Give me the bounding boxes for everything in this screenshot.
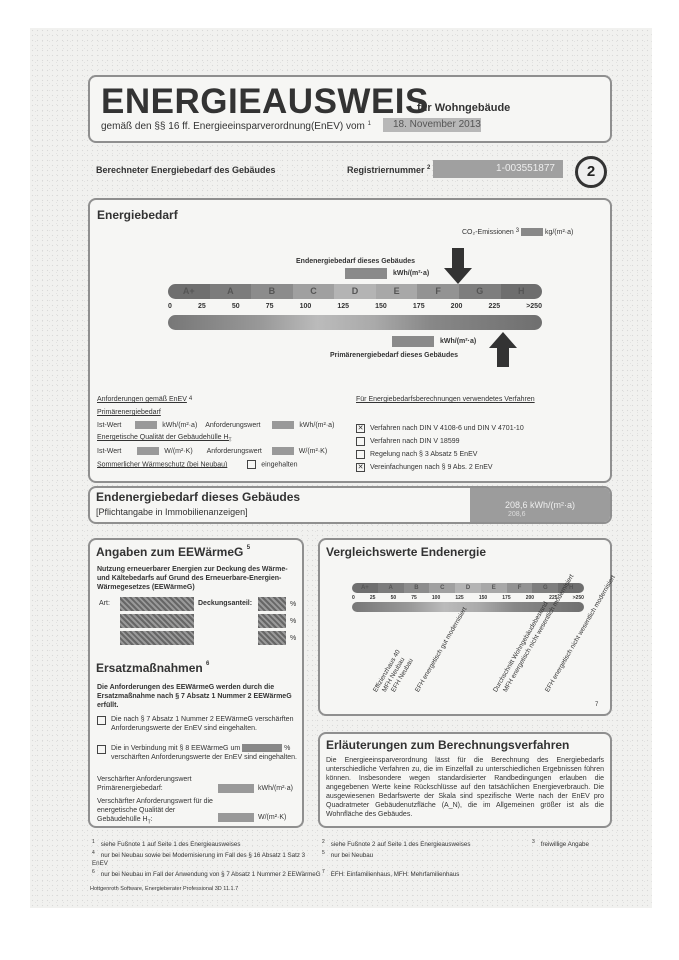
document-subtitle: für Wohngebäude — [417, 102, 510, 114]
tick-label: 125 — [337, 303, 349, 310]
tick-label: 75 — [266, 303, 274, 310]
eewaermeg-title: Angaben zum EEWärmeG 5 — [96, 545, 250, 559]
footnote-ref: 7 — [595, 702, 598, 708]
energy-class-aplus: A+ — [352, 583, 378, 593]
ersatz-primaer-unit: kWh/(m²·a) — [258, 785, 293, 792]
footnote-number: 4 — [92, 850, 95, 856]
anforderung-label: Anforderungswert — [205, 422, 260, 429]
verfahren-item: ✕Vereinfachungen nach § 9 Abs. 2 EnEV — [356, 461, 524, 474]
tick-label: 125 — [455, 595, 463, 601]
verfahren-list: ✕Verfahren nach DIN V 4108-6 und DIN V 4… — [356, 422, 524, 474]
primaer-value-field — [392, 336, 434, 347]
art-label: Art: — [99, 600, 110, 607]
comparison-class-scale: A+ABCDEFGH — [352, 583, 584, 593]
endenergie-box-value-small: 208,6 — [508, 511, 526, 518]
ersatz-option-1-label: Die nach § 7 Absatz 1 Nummer 2 EEWärmeG … — [111, 715, 297, 733]
footnotes: 1siehe Fußnote 1 auf Seite 1 des Energie… — [92, 838, 612, 879]
tick-label: 50 — [391, 595, 397, 601]
tick-label: 150 — [479, 595, 487, 601]
tick-label: 25 — [370, 595, 376, 601]
energy-class-b: B — [251, 284, 293, 299]
document-title: ENERGIEAUSWEIS — [101, 82, 429, 122]
software-credit: Hottgenroth Software, Energieberater Pro… — [90, 886, 238, 892]
energy-class-g: G — [459, 284, 501, 299]
verfahren-checkbox[interactable] — [356, 437, 365, 446]
footnote-number: 2 — [322, 839, 325, 845]
tick-label: 0 — [168, 303, 172, 310]
endenergie-arrow-icon — [452, 248, 464, 270]
footnote-text: freiwillige Angabe — [541, 841, 589, 848]
footnote-number: 3 — [532, 839, 535, 845]
verfahren-item: ✕Verfahren nach DIN V 4108-6 und DIN V 4… — [356, 422, 524, 435]
footnote: 7EFH: Einfamilienhaus, MFH: Mehrfamilien… — [322, 868, 532, 879]
verfahren-checkbox[interactable]: ✕ — [356, 424, 365, 433]
footnote-number: 1 — [92, 839, 95, 845]
eewaermeg-title-text: Angaben zum EEWärmeG — [96, 545, 243, 559]
verfahren-item: Verfahren nach DIN V 18599 — [356, 435, 524, 448]
ersatz-option-2-checkbox[interactable] — [97, 745, 106, 754]
tick-label: 100 — [432, 595, 440, 601]
ersatz-huelle-field — [218, 813, 254, 822]
footnote: 4nur bei Neubau sowie bei Modernisierung… — [92, 849, 322, 868]
eingehalten-label: eingehalten — [261, 461, 297, 468]
huelle-heading: Energetische Qualität der Gebäudehülle H… — [97, 434, 232, 443]
huelle-heading-text: Energetische Qualität der Gebäudehülle H — [97, 434, 229, 441]
footnote-text: siehe Fußnote 1 auf Seite 1 des Energiea… — [101, 841, 241, 848]
footnote-ref: 6 — [206, 661, 209, 667]
vergleich-box — [318, 538, 612, 716]
subscript: T — [229, 437, 232, 443]
tick-label: 100 — [300, 303, 312, 310]
footnote-number: 7 — [322, 869, 325, 875]
ersatz-huelle-label-text: Verschärfter Anforderungswert für die en… — [97, 798, 213, 823]
footnote-text: nur bei Neubau — [331, 852, 373, 859]
arrow-up-icon — [489, 332, 517, 348]
anforderung-field — [272, 447, 294, 455]
verfahren-label: Verfahren nach DIN V 18599 — [370, 438, 460, 445]
percent-1: % — [290, 601, 296, 608]
huelle-row: Ist-Wert W/(m²·K) Anforderungswert W/(m²… — [97, 447, 347, 455]
tick-label: 200 — [451, 303, 463, 310]
tick-label: 200 — [526, 595, 534, 601]
tick-label: 0 — [352, 595, 355, 601]
footnote-ref: 2 — [427, 165, 430, 171]
verfahren-checkbox[interactable]: ✕ — [356, 463, 365, 472]
primaer-unit: kWh/(m²·a) — [440, 338, 476, 345]
istwert-field — [137, 447, 159, 455]
percent-3: % — [290, 635, 296, 642]
verfahren-label: Verfahren nach DIN V 4108-6 und DIN V 47… — [370, 425, 524, 432]
tick-label: >250 — [526, 303, 542, 310]
ersatz-huelle-unit: W/(m²·K) — [258, 814, 286, 821]
endenergie-box-title: Endenergiebedarf dieses Gebäudes — [96, 490, 300, 504]
footnote-ref: 3 — [516, 228, 519, 234]
ersatz-intro: Die Anforderungen des EEWärmeG werden du… — [97, 683, 297, 710]
energy-class-a: A — [378, 583, 404, 593]
registry-label-text: Registriernummer — [347, 165, 425, 175]
anforderung-label: Anforderungswert — [207, 448, 262, 455]
istwert-field — [135, 421, 157, 429]
energy-class-d: D — [455, 583, 481, 593]
footnote-ref: 1 — [368, 121, 371, 127]
footnote: 5nur bei Neubau — [322, 849, 532, 868]
endenergie-unit: kWh/(m²·a) — [393, 270, 429, 277]
ersatz-title-text: Ersatzmaßnahmen — [96, 661, 203, 675]
energy-class-aplus: A+ — [168, 284, 210, 299]
page-number-badge: 2 — [575, 156, 607, 188]
anforderungen-title: Anforderungen gemäß EnEV 4 — [97, 396, 192, 403]
ersatz-option-1: Die nach § 7 Absatz 1 Nummer 2 EEWärmeG … — [97, 715, 297, 733]
tick-label: 25 — [198, 303, 206, 310]
anforderungen-title-text: Anforderungen gemäß EnEV — [97, 396, 187, 403]
ersatz-percent-field — [242, 744, 282, 752]
deckung-field-2 — [258, 614, 286, 628]
footnote-ref: 4 — [189, 396, 192, 402]
tick-label: 225 — [488, 303, 500, 310]
footnote-text: EFH: Einfamilienhaus, MFH: Mehrfamilienh… — [331, 871, 460, 878]
footnote — [532, 849, 612, 868]
energy-class-e: E — [481, 583, 507, 593]
footnote — [532, 868, 612, 879]
vergleich-title: Vergleichswerte Endenergie — [326, 545, 486, 559]
istwert-label: Ist-Wert — [97, 422, 121, 429]
footnote-number: 5 — [322, 850, 325, 856]
legal-basis-text: gemäß den §§ 16 ff. Energieeinsparverord… — [101, 121, 365, 132]
art-field-1 — [120, 597, 194, 611]
footnote-text: nur bei Neubau sowie bei Modernisierung … — [92, 852, 305, 867]
ersatz-primaer-field — [218, 784, 254, 793]
unit: kWh/(m²·a) — [162, 422, 197, 429]
ersatz-huelle-label: Verschärfter Anforderungswert für die en… — [97, 797, 217, 827]
registry-number: 1-003551877 — [433, 160, 563, 178]
art-field-3 — [120, 631, 194, 645]
verfahren-checkbox[interactable] — [356, 450, 365, 459]
sommer-row: Sommerlicher Wärmeschutz (bei Neubau) ei… — [97, 460, 297, 469]
unit: W/(m²·K) — [164, 448, 192, 455]
verfahren-title: Für Energiebedarfsberechnungen verwendet… — [356, 396, 535, 403]
erlaeuterungen-title: Erläuterungen zum Berechnungsverfahren — [326, 738, 569, 752]
percent-2: % — [290, 618, 296, 625]
tick-label: 175 — [413, 303, 425, 310]
endenergie-box-subtitle: [Pflichtangabe in Immobilienanzeigen] — [96, 507, 248, 517]
unit: W/(m²·K) — [299, 448, 327, 455]
deckung-field-3 — [258, 631, 286, 645]
primaer-scale-label: Primärenergiebedarf dieses Gebäudes — [330, 352, 458, 359]
deckung-field-1 — [258, 597, 286, 611]
section-label: Berechneter Energiebedarf des Gebäudes — [96, 165, 276, 175]
co2-value-field — [521, 228, 543, 236]
primaer-row: Ist-Wert kWh/(m²·a) Anforderungswert kWh… — [97, 421, 347, 429]
legal-basis: gemäß den §§ 16 ff. Energieeinsparverord… — [101, 121, 371, 132]
energy-class-h: H — [501, 284, 543, 299]
eewaermeg-intro: Nutzung erneuerbarer Energien zur Deckun… — [97, 565, 297, 592]
energy-class-g: G — [532, 583, 558, 593]
registry-label: Registriernummer 2 — [347, 165, 430, 175]
footnote: 1siehe Fußnote 1 auf Seite 1 des Energie… — [92, 838, 322, 849]
ersatz-title: Ersatzmaßnahmen 6 — [96, 661, 209, 675]
footnote: 3freiwillige Angabe — [532, 838, 612, 849]
tick-label: 50 — [232, 303, 240, 310]
erlaeuterungen-text: Die Energieeinsparverordnung lässt für d… — [326, 756, 604, 819]
eingehalten-checkbox[interactable] — [247, 460, 256, 469]
tick-label: 75 — [411, 595, 417, 601]
deckung-label: Deckungsanteil: — [198, 600, 252, 607]
energy-class-scale: A+ABCDEFGH — [168, 284, 542, 299]
subscript: T — [148, 819, 151, 825]
endenergie-box-value: 208,6 kWh/(m²·a) — [505, 500, 575, 510]
co2-emissions: CO₂-Emissionen 3 kg/(m²·a) — [462, 228, 573, 236]
energiebedarf-title: Energiebedarf — [97, 208, 178, 222]
ersatz-primaer-label: Verschärfter Anforderungswert Primärener… — [97, 775, 217, 793]
energy-class-b: B — [404, 583, 430, 593]
issue-date: 18. November 2013 — [383, 118, 481, 132]
scale-ticks: 0255075100125150175200225>250 — [168, 303, 542, 310]
tick-label: 175 — [502, 595, 510, 601]
energy-class-c: C — [293, 284, 335, 299]
comparison-ticks: 0255075100125150175200225>250 — [352, 595, 584, 601]
ersatz-option-2-label-b: verschärften Anforderungswerte der EnEV … — [111, 754, 297, 761]
endenergie-scale-label: Endenergiebedarf dieses Gebäudes — [296, 258, 415, 265]
ersatz-option-2-label-a: Die in Verbindung mit § 8 EEWärmeG um — [111, 745, 240, 752]
footnote: 6nur bei Neubau im Fall der Anwendung vo… — [92, 868, 322, 879]
tick-label: 150 — [375, 303, 387, 310]
verfahren-item: Regelung nach § 3 Absatz 5 EnEV — [356, 448, 524, 461]
ersatz-option-2: Die in Verbindung mit § 8 EEWärmeG um % … — [97, 744, 297, 762]
footnote-number: 6 — [92, 869, 95, 875]
energy-class-f: F — [417, 284, 459, 299]
verfahren-label: Regelung nach § 3 Absatz 5 EnEV — [370, 451, 477, 458]
energy-class-a: A — [210, 284, 252, 299]
tick-label: >250 — [573, 595, 584, 601]
arrow-down-icon — [444, 268, 472, 284]
endenergie-value-field — [345, 268, 387, 279]
footnote-text: nur bei Neubau im Fall der Anwendung von… — [101, 871, 321, 878]
percent: % — [284, 745, 290, 752]
co2-unit: kg/(m²·a) — [545, 229, 573, 236]
istwert-label: Ist-Wert — [97, 448, 121, 455]
primaer-heading: Primärenergiebedarf — [97, 409, 161, 416]
energy-class-e: E — [376, 284, 418, 299]
verfahren-label: Vereinfachungen nach § 9 Abs. 2 EnEV — [370, 464, 493, 471]
energy-class-d: D — [334, 284, 376, 299]
footnote-text: siehe Fußnote 2 auf Seite 1 des Energiea… — [331, 841, 471, 848]
primaer-arrow-stem — [497, 347, 509, 367]
footnote: 2siehe Fußnote 2 auf Seite 1 des Energie… — [322, 838, 532, 849]
unit: kWh/(m²·a) — [299, 422, 334, 429]
primary-energy-scale — [168, 315, 542, 330]
anforderung-field — [272, 421, 294, 429]
energy-class-c: C — [429, 583, 455, 593]
ersatz-option-1-checkbox[interactable] — [97, 716, 106, 725]
energy-class-f: F — [507, 583, 533, 593]
footnote-ref: 5 — [247, 545, 250, 551]
co2-label: CO₂-Emissionen — [462, 229, 514, 236]
sommer-label: Sommerlicher Wärmeschutz (bei Neubau) — [97, 461, 227, 468]
art-field-2 — [120, 614, 194, 628]
